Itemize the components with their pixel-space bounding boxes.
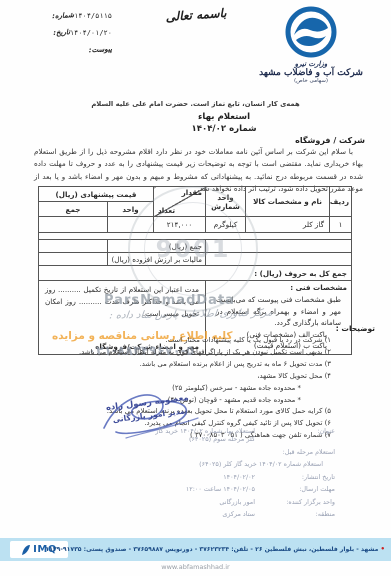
note-item-2: ۲) بدیهی است تکمیل نبودن هر یک از پاراگر… (18, 348, 331, 357)
detail-value: ۱۴۰۴/۰۲/۰۲ (149, 473, 255, 481)
tech-specs-title: مشخصات فنی : (210, 283, 347, 292)
detail-row-previous-inquiry: استعلام شماره ۱۴۰۴/۰۲ خرید گاز کلر (۶۴۰۲… (149, 460, 335, 468)
vat-row: مالیات بر ارزش افزوده (ریال) (38, 253, 351, 266)
inquiry-details-block: عنوان: استعلام بها، شماره ۱۴۰۴/۰۲ خرید گ… (149, 427, 335, 523)
company-type: (سهامی خاص) (245, 78, 377, 84)
detail-value: ۱۴۰۴/۰۲/۰۵ ساعت ۱۲:۰۰ (149, 485, 255, 493)
col-header-total: جمع (38, 202, 107, 217)
detail-value: استعلام بها، شماره ۱۴۰۴/۰۲ خرید گاز کلر … (149, 427, 255, 443)
col-header-price: قیمت پیشنهادی (ریال) (38, 187, 153, 202)
company-name: شرکت آب و فاضلاب مشهد (245, 68, 377, 78)
registration-stamp: ۱۴۰۴/۵۱۱۵ شماره: ۱۴۰۴/۰۱/۲۰ تاریخ: پیوست… (12, 12, 112, 63)
col-header-row: ردیف (330, 187, 352, 217)
vat-value (38, 253, 107, 266)
cell-unit-price (108, 217, 154, 233)
footer-address: • مشهد - بلوار فلسطین، نبش فلسطین ۲۶ - ت… (78, 538, 385, 561)
document-page: ۱۴۰۴/۵۱۱۵ شماره: ۱۴۰۴/۰۱/۲۰ تاریخ: پیوست… (0, 0, 391, 576)
note-item-4: ۴) محل تحویل کالا مشهد، (18, 372, 331, 381)
footer-website-url: www.abfamashhad.ir (0, 563, 391, 571)
notes-title: توضیحات : (336, 324, 375, 333)
qty-label-amount: مقدار (182, 188, 202, 197)
cell-quantity: ۲۱۴,۰۰۰ (154, 217, 206, 233)
sum-value (38, 240, 107, 253)
cell-item-name: گاز کلر (246, 217, 330, 233)
sum-row: جمع (ریال) (38, 240, 351, 253)
note-item-1: ۱) شرکت در رد یا قبول یک یا کلیه پیشنهاد… (18, 336, 331, 345)
note-item-3: ۳) مدت تحویل ۶ ماه به تدریج پس از اعلام … (18, 360, 331, 369)
doc-number-label: شماره: (40, 11, 74, 21)
title-line-1: استعلام بهاء (104, 111, 344, 123)
note-sub-item-1: * محدوده جاده مشهد - سرخس (کیلومتر ۲۵) (18, 384, 331, 393)
footer-address-text: مشهد - بلوار فلسطین، نبش فلسطین ۲۶ - تلف… (45, 546, 378, 553)
grand-total-label: جمع کل به حروف (ریال) : (38, 266, 351, 281)
detail-row-region: منطقه: ستاد مرکزی (149, 510, 335, 518)
bismillah-calligraphy: باسمه تعالی (165, 6, 227, 24)
table-spacer-row (38, 233, 351, 240)
water-company-logo-icon (285, 6, 337, 58)
detail-row-publish-date: تاریخ انتشار: ۱۴۰۴/۰۲/۰۲ (149, 473, 335, 481)
grand-total-row: جمع کل به حروف (ریال) : (38, 266, 351, 281)
table-row: ۱ گاز کلر کیلوگرم ۲۱۴,۰۰۰ (38, 217, 351, 233)
parsnamad-watermark: ParsNamadData (104, 293, 235, 308)
detail-value: ستاد مرکزی (149, 510, 255, 518)
cell-row-index: ۱ (330, 217, 352, 233)
cell-count-unit: کیلوگرم (206, 217, 246, 233)
detail-row-previous-stage: استعلام مرحله قبل: (149, 448, 335, 456)
col-header-item: نام و مشخصات کالا (246, 187, 330, 217)
col-header-count-unit: واحد شمارش (206, 187, 246, 217)
detail-row-organizer-unit: واحد برگزار کننده: امور بازرگانی (149, 498, 335, 506)
col-header-qty-diagonal: مقدار تعداد (154, 187, 206, 217)
addressee-line: شرکت / فروشگاه (295, 136, 365, 145)
detail-row-title: عنوان: استعلام بها، شماره ۱۴۰۴/۰۲ خرید گ… (149, 427, 335, 443)
detail-label: واحد برگزار کننده: (255, 498, 335, 506)
detail-label: منطقه: (255, 510, 335, 518)
cell-total-price (38, 217, 107, 233)
detail-value (149, 448, 255, 456)
doc-date-value: ۱۴۰۴/۰۱/۲۰ (70, 29, 112, 37)
ministry-name: وزارت نیرو (245, 60, 377, 68)
hadith-line: همه‌ی کار انسان، تابع نماز است. حضرت اما… (0, 100, 391, 108)
vat-label: مالیات بر ارزش افزوده (ریال) (108, 253, 206, 266)
imq-leaf-icon (21, 544, 31, 556)
detail-label: مهلت ارسال: (255, 485, 335, 493)
document-title: استعلام بهاء شماره ۱۴۰۴/۰۲ (104, 111, 344, 136)
sum-label: جمع (ریال) (108, 240, 206, 253)
doc-number-value: ۱۴۰۴/۵۱۱۵ (74, 12, 112, 20)
footer-band: IMQ • مشهد - بلوار فلسطین، نبش فلسطین ۲۶… (0, 538, 391, 561)
qty-label-number: تعداد (158, 206, 175, 215)
company-letterhead: وزارت نیرو شرکت آب و فاضلاب مشهد (سهامی … (245, 6, 377, 84)
detail-label: تاریخ انتشار: (255, 473, 335, 481)
title-line-2: شماره ۱۴۰۴/۰۲ (104, 123, 344, 135)
doc-date-label: تاریخ: (36, 28, 70, 38)
detail-row-deadline: مهلت ارسال: ۱۴۰۴/۰۲/۰۵ ساعت ۱۲:۰۰ (149, 485, 335, 493)
col-header-unit-price: واحد (108, 202, 154, 217)
detail-label: استعلام مرحله قبل: (255, 448, 335, 456)
footer-bullet: • (381, 545, 385, 553)
doc-attachment-label: پیوست: (78, 45, 112, 55)
detail-value: امور بازرگانی (149, 498, 255, 506)
detail-label: عنوان: (255, 427, 335, 443)
detail-value: استعلام شماره ۱۴۰۴/۰۲ خرید گاز کلر (۶۴۰۲… (149, 460, 323, 468)
